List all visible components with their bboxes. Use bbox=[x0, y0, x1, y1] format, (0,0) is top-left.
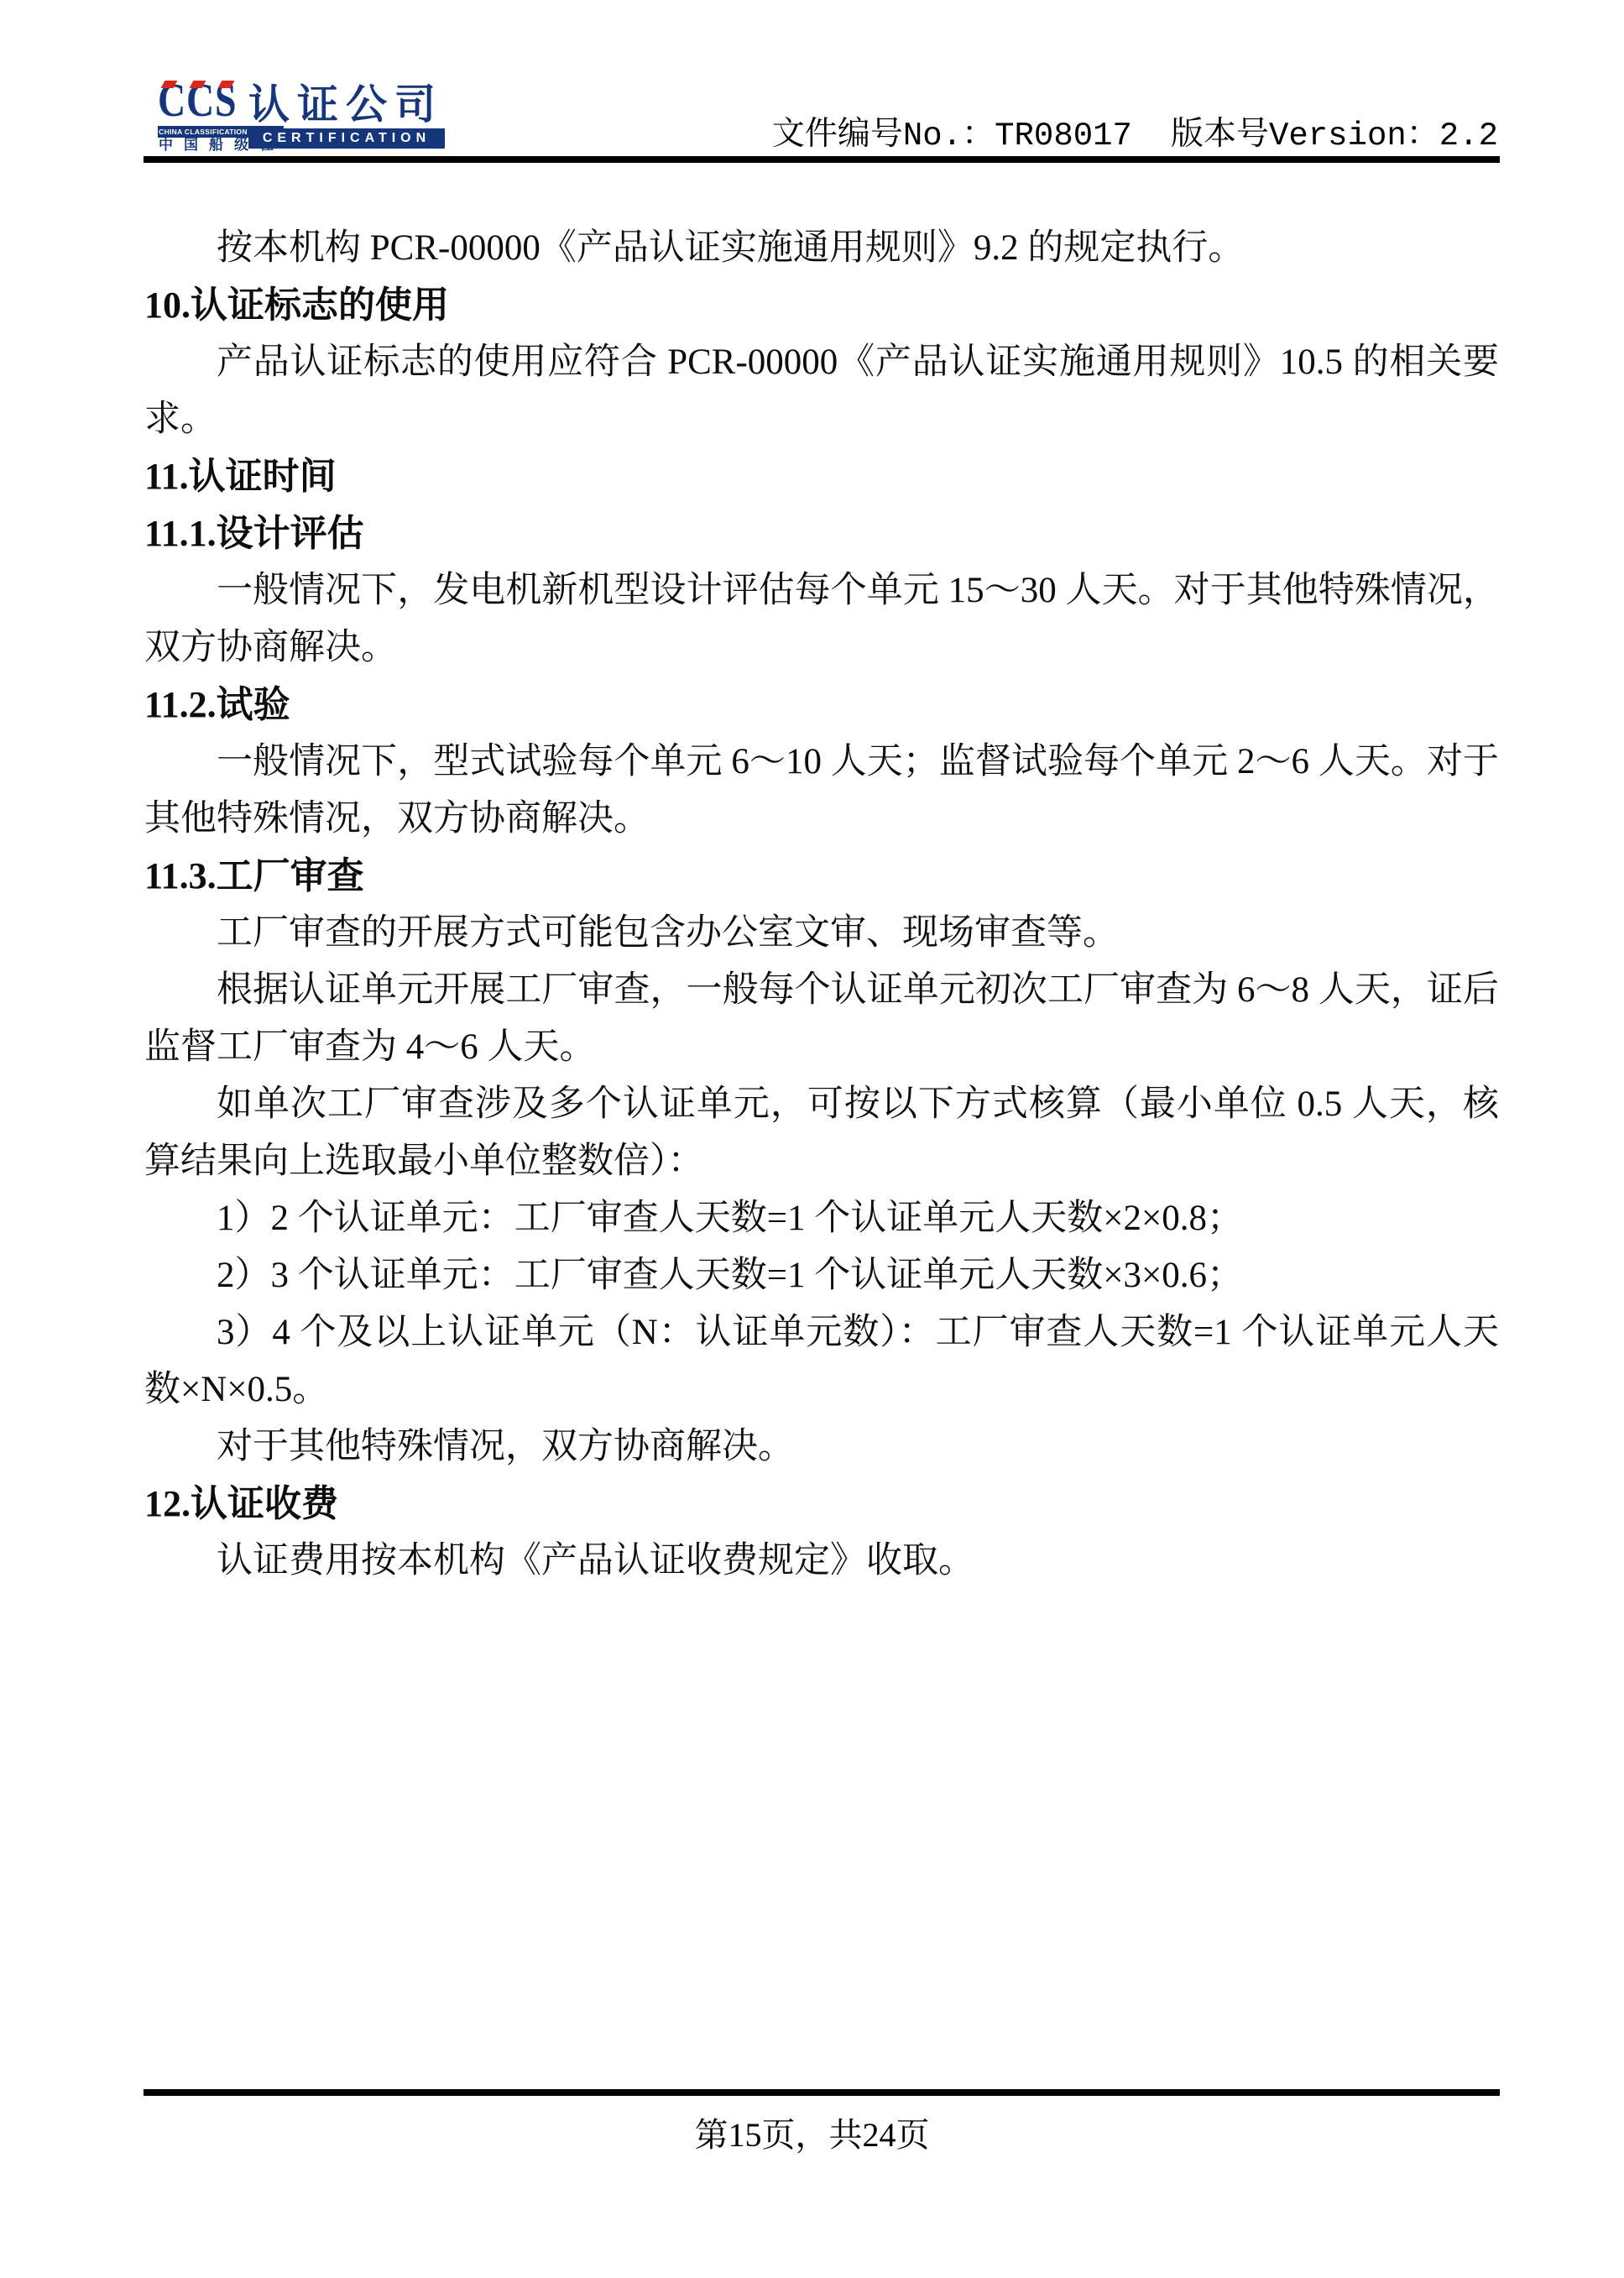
body-paragraph: 工厂审查的开展方式可能包含办公室文审、现场审查等。 bbox=[144, 905, 1499, 962]
ccs-logo: CCS CHINA CLASSIFICATION SOCIETY 中国船级社 认… bbox=[158, 84, 445, 154]
header-divider bbox=[144, 156, 1500, 163]
section-heading: 11.认证时间 bbox=[144, 448, 1499, 505]
doc-version: 版本号Version：2.2 bbox=[1171, 107, 1498, 154]
header-meta: 文件编号No.：TR08017 版本号Version：2.2 bbox=[772, 107, 1498, 154]
body-paragraph: 1）2 个认证单元：工厂审查人天数=1 个认证单元人天数×2×0.8； bbox=[144, 1190, 1499, 1247]
section-heading: 12.认证收费 bbox=[144, 1476, 1499, 1533]
body-paragraph: 认证费用按本机构《产品认证收费规定》收取。 bbox=[144, 1533, 1499, 1590]
section-heading: 11.3.工厂审查 bbox=[144, 848, 1499, 905]
document-page: CCS CHINA CLASSIFICATION SOCIETY 中国船级社 认… bbox=[0, 0, 1624, 2278]
section-heading: 11.2.试验 bbox=[144, 677, 1499, 734]
body-paragraph: 产品认证标志的使用应符合 PCR-00000《产品认证实施通用规则》10.5 的… bbox=[144, 334, 1499, 448]
body-paragraph: 对于其他特殊情况，双方协商解决。 bbox=[144, 1419, 1499, 1476]
body-paragraph: 根据认证单元开展工厂审查，一般每个认证单元初次工厂审查为 6～8 人天，证后监督… bbox=[144, 962, 1499, 1076]
body-paragraph: 按本机构 PCR-00000《产品认证实施通用规则》9.2 的规定执行。 bbox=[144, 220, 1499, 277]
body-paragraph: 一般情况下，发电机新机型设计评估每个单元 15～30 人天。对于其他特殊情况，双… bbox=[144, 562, 1499, 677]
body-paragraph: 如单次工厂审查涉及多个认证单元，可按以下方式核算（最小单位 0.5 人天，核算结… bbox=[144, 1076, 1499, 1190]
page-number: 第15页，共24页 bbox=[0, 2108, 1624, 2156]
body-paragraph: 2）3 个认证单元：工厂审查人天数=1 个认证单元人天数×3×0.6； bbox=[144, 1247, 1499, 1304]
footer-divider bbox=[144, 2089, 1500, 2096]
logo-company-cn: 认证公司 bbox=[248, 85, 443, 126]
section-heading: 11.1.设计评估 bbox=[144, 505, 1499, 562]
document-body: 按本机构 PCR-00000《产品认证实施通用规则》9.2 的规定执行。10.认… bbox=[144, 220, 1499, 1590]
body-paragraph: 一般情况下，型式试验每个单元 6～10 人天；监督试验每个单元 2～6 人天。对… bbox=[144, 734, 1499, 848]
doc-number: 文件编号No.：TR08017 bbox=[772, 107, 1132, 154]
body-paragraph: 3）4 个及以上认证单元（N：认证单元数）：工厂审查人天数=1 个认证单元人天数… bbox=[144, 1304, 1499, 1419]
section-heading: 10.认证标志的使用 bbox=[144, 277, 1499, 334]
logo-certification-en: CERTIFICATION bbox=[248, 128, 445, 149]
